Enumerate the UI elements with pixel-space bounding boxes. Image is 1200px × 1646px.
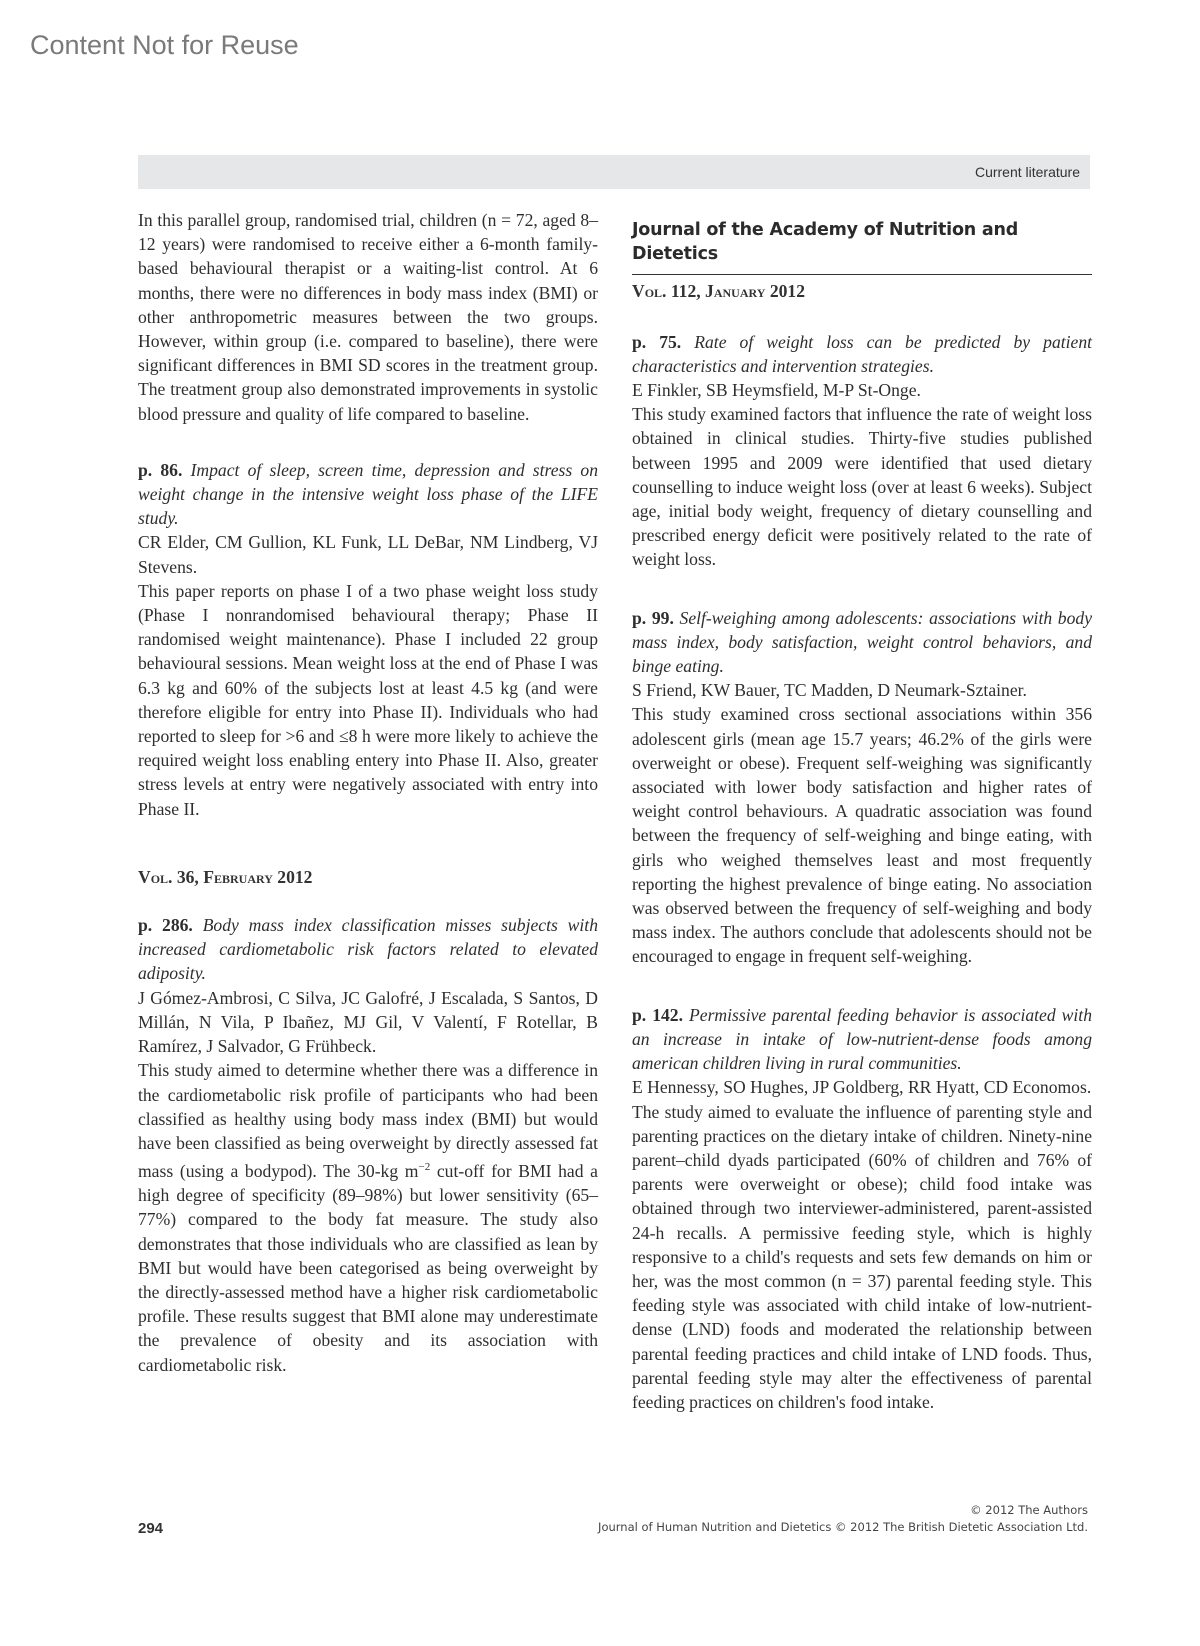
entry-title: Permissive parental feeding behavior is … xyxy=(632,1005,1092,1073)
entry-p142: p. 142. Permissive parental feeding beha… xyxy=(632,1003,1092,1414)
left-column: In this parallel group, randomised trial… xyxy=(138,208,598,1377)
entry-title: Impact of sleep, screen time, depression… xyxy=(138,460,598,528)
entry-p75: p. 75. Rate of weight loss can be predic… xyxy=(632,330,1092,572)
superscript: −2 xyxy=(419,1161,431,1173)
entry-authors: E Finkler, SB Heymsfield, M-P St-Onge. xyxy=(632,378,1092,402)
entry-abstract: This study examined cross sectional asso… xyxy=(632,702,1092,968)
entry-title: Self-weighing among adolescents: associa… xyxy=(632,608,1092,676)
entry-abstract: This paper reports on phase I of a two p… xyxy=(138,579,598,821)
page-number: 294 xyxy=(138,1520,163,1537)
entry-abstract: This study aimed to determine whether th… xyxy=(138,1058,598,1377)
entry-page-ref: p. 142. xyxy=(632,1005,683,1025)
volume-heading: Vol. 112, January 2012 xyxy=(632,279,1092,303)
running-header: Current literature xyxy=(138,155,1090,189)
intro-paragraph: In this parallel group, randomised trial… xyxy=(138,208,598,426)
copyright-line: © 2012 The Authors xyxy=(598,1502,1088,1519)
watermark: Content Not for Reuse xyxy=(30,30,299,61)
volume-heading: Vol. 36, February 2012 xyxy=(138,865,598,889)
entry-page-ref: p. 99. xyxy=(632,608,674,628)
entry-abstract: The study aimed to evaluate the influenc… xyxy=(632,1100,1092,1415)
entry-abstract: This study examined factors that influen… xyxy=(632,402,1092,571)
entry-p286: p. 286. Body mass index classification m… xyxy=(138,913,598,1377)
entry-authors: CR Elder, CM Gullion, KL Funk, LL DeBar,… xyxy=(138,530,598,578)
section-label: Current literature xyxy=(975,164,1080,180)
right-column: Journal of the Academy of Nutrition and … xyxy=(632,208,1092,1414)
entry-p99: p. 99. Self-weighing among adolescents: … xyxy=(632,606,1092,969)
copyright-footer: © 2012 The Authors Journal of Human Nutr… xyxy=(598,1502,1088,1536)
entry-authors: E Hennessy, SO Hughes, JP Goldberg, RR H… xyxy=(632,1075,1092,1099)
copyright-line: Journal of Human Nutrition and Dietetics… xyxy=(598,1519,1088,1536)
entry-title: Rate of weight loss can be predicted by … xyxy=(632,332,1092,376)
entry-title: Body mass index classification misses su… xyxy=(138,915,598,983)
entry-authors: S Friend, KW Bauer, TC Madden, D Neumark… xyxy=(632,678,1092,702)
abstract-text: cut-off for BMI had a high degree of spe… xyxy=(138,1161,598,1375)
entry-page-ref: p. 86. xyxy=(138,460,182,480)
journal-title: Journal of the Academy of Nutrition and … xyxy=(632,208,1092,275)
entry-page-ref: p. 286. xyxy=(138,915,193,935)
entry-authors: J Gómez-Ambrosi, C Silva, JC Galofré, J … xyxy=(138,986,598,1059)
entry-page-ref: p. 75. xyxy=(632,332,681,352)
entry-p86: p. 86. Impact of sleep, screen time, dep… xyxy=(138,458,598,821)
